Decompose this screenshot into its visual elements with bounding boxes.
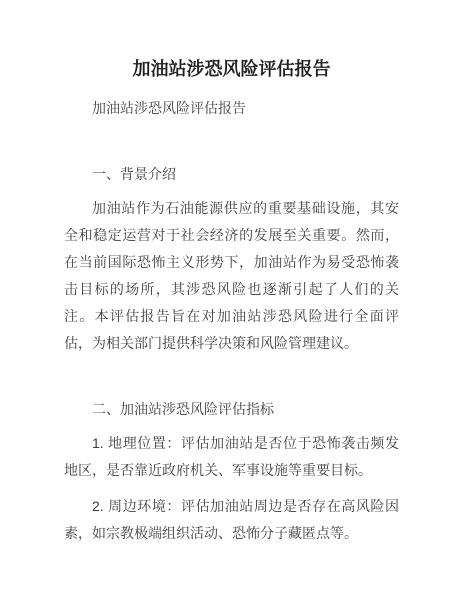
document-title: 加油站涉恐风险评估报告 xyxy=(64,56,399,82)
document-page: 加油站涉恐风险评估报告 加油站涉恐风险评估报告 一、背景介绍 加油站作为石油能源… xyxy=(0,0,463,600)
section-background: 一、背景介绍 加油站作为石油能源供应的重要基础设施，其安全和稳定运营对于社会经济… xyxy=(64,161,399,357)
section-risk-indicators: 二、加油站涉恐风险评估指标 1. 地理位置：评估加油站是否位于恐怖袭击频发地区，… xyxy=(64,396,399,547)
paragraph: 加油站作为石油能源供应的重要基础设施，其安全和稳定运营对于社会经济的发展至关重要… xyxy=(64,195,399,357)
section-heading: 二、加油站涉恐风险评估指标 xyxy=(64,396,399,423)
paragraph-list-item: 1. 地理位置：评估加油站是否位于恐怖袭击频发地区，是否靠近政府机关、军事设施等… xyxy=(64,430,399,484)
document-subtitle: 加油站涉恐风险评估报告 xyxy=(64,95,399,122)
paragraph-list-item: 2. 周边环境：评估加油站周边是否存在高风险因素，如宗教极端组织活动、恐怖分子藏… xyxy=(64,493,399,547)
section-heading: 一、背景介绍 xyxy=(64,161,399,188)
